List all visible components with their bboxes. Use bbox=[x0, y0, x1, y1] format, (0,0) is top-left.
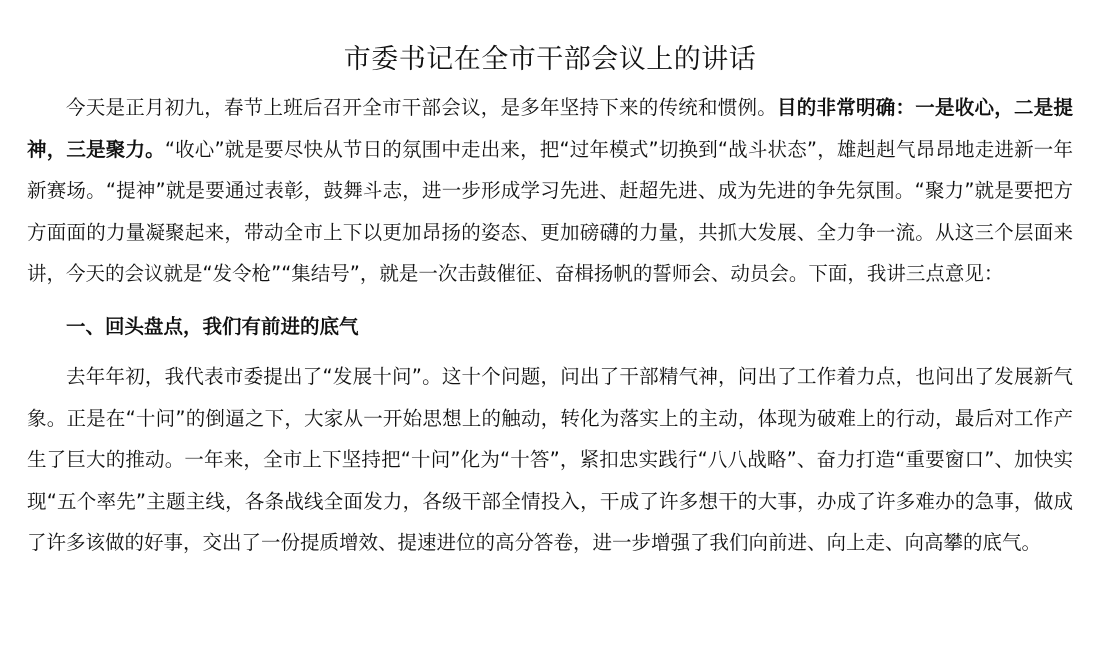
section-1-paragraph: 去年年初，我代表市委提出了“发展十问”。这十个问题，问出了干部精气神，问出了工作… bbox=[27, 356, 1073, 564]
intro-paragraph: 今天是正月初九，春节上班后召开全市干部会议，是多年坚持下来的传统和惯例。目的非常… bbox=[27, 87, 1073, 295]
intro-text-2: “收心”就是要尽快从节日的氛围中走出来，把“过年模式”切换到“战斗状态”，雄赳赳… bbox=[27, 138, 1073, 286]
document-title: 市委书记在全市干部会议上的讲话 bbox=[27, 0, 1073, 80]
section-heading-1: 一、回头盘点，我们有前进的底气 bbox=[27, 306, 1073, 348]
intro-text-1: 今天是正月初九，春节上班后召开全市干部会议，是多年坚持下来的传统和惯例。 bbox=[66, 96, 777, 119]
document-page: 市委书记在全市干部会议上的讲话 今天是正月初九，春节上班后召开全市干部会议，是多… bbox=[27, 0, 1073, 564]
